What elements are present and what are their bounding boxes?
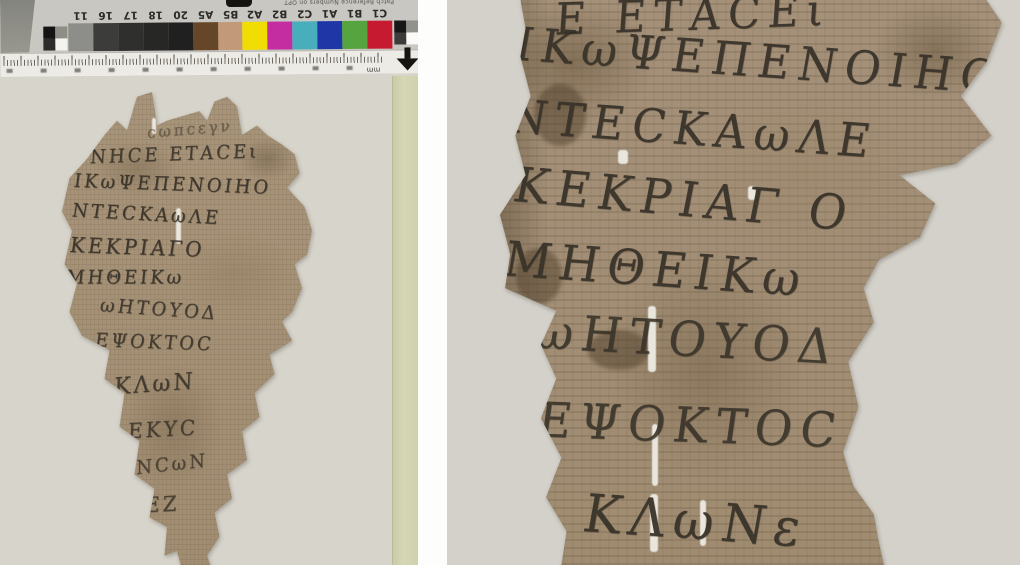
checker-cell [43,27,55,39]
patch-label: 11 [68,7,93,23]
color-patch [268,21,293,49]
color-patch [292,21,317,49]
damage-streak [618,150,628,164]
papyrus-text-line: ΕΨΟΚΤΟϹ [93,329,215,355]
papyrus-text-line: ΜΗΘΕΙΚω [65,266,186,288]
full-view-photo: Patch Reference Numbers on OPT 111617182… [0,0,418,565]
patch-label: C1 [367,5,392,21]
image-gap [418,0,447,565]
color-patch [168,22,193,50]
patch-label: A5 [193,6,218,22]
ruler: mm [0,49,418,77]
checker-cell [55,26,67,38]
checker-cell [394,32,406,44]
papyrus-text-line: ΕΨΟΚΤΟϹ [534,391,847,458]
down-arrow-icon [396,47,418,71]
papyrus-fragment: ϲωπϲεγνΝΗϹΕ ΕΤΑϹΕιΙΚωΨΕΠΕΝΟΙΗΟΝΤΕϹΚΑωΛΕΚ… [62,92,312,565]
patch-label: 18 [143,7,168,23]
papyrus-text-line: ΝΤΕϹΚΑωΛΕ [70,200,222,230]
detail-view-photo: Ε ΕΤΑϹΕιΙΚωΨΕΠΕΝΟΙΗΟΝΤΕϹΚΑωΛΕΚΕΚΡΙΑΓ ΟΜΗ… [447,0,1020,565]
papyrus-text-line: ΕΚΥϹ [127,415,198,444]
papyrus-detail: Ε ΕΤΑϹΕιΙΚωΨΕΠΕΝΟΙΗΟΝΤΕϹΚΑωΛΕΚΕΚΡΙΑΓ ΟΜΗ… [500,0,1012,565]
patch-label: B1 [342,5,367,21]
mm-label: mm [367,66,381,74]
patch-label: B5 [218,6,243,22]
color-patch [218,22,243,50]
grayscale-wedge [0,0,35,53]
papyrus-text-line: ΝΗϹΕ ΕΤΑϹΕι [89,140,260,168]
color-patch-strip [68,21,392,52]
color-patch [317,21,342,49]
color-patch [342,21,367,49]
papyrus-text-line: ΚΕΚΡΙΑΓΟ [68,232,206,262]
checker-cell [406,32,418,44]
papyrus-text-line: ωΗΤΟΥΟΔ [532,303,844,375]
papyrus-photo: Patch Reference Numbers on OPT 111617182… [0,0,1020,565]
ruler-numbers [7,66,375,73]
papyrus-text-line: ΝϹωΝ [136,450,208,480]
patch-label: 20 [168,6,193,22]
color-patch [118,23,143,51]
calibration-chart: Patch Reference Numbers on OPT 111617182… [0,0,418,77]
checker-cell [55,38,67,50]
checker-cell [394,20,406,32]
checker-patch-left [43,26,67,50]
color-patch [68,23,93,51]
checker-patch-right [394,20,418,44]
papyrus-text-line: ΕΖ [144,490,180,517]
papyrus-text-line: ωΗΤΟΥΟΔ [98,294,219,324]
color-patch [193,22,218,50]
patch-label: A2 [243,6,268,22]
color-patch [367,21,392,49]
papyrus-text-line: ΙΚωΨΕΠΕΝΟΙΗΟ [73,170,273,199]
patch-label: C2 [292,5,317,21]
patch-label: A1 [317,5,342,21]
papyrus-text-line: ΚΛωΝ [114,368,196,400]
color-patch [143,23,168,51]
patch-label: B2 [267,5,292,21]
color-patch [243,22,268,50]
page-edge-strip [392,76,418,565]
patch-label: 16 [93,7,118,23]
papyrus-text-line: ϲωπϲεγν [147,116,233,142]
papyrus-text-line: ΚΛωΝε [579,483,813,559]
patch-label: 17 [118,7,143,23]
checker-cell [406,20,418,32]
checker-cell [43,39,55,51]
color-patch [93,23,118,51]
